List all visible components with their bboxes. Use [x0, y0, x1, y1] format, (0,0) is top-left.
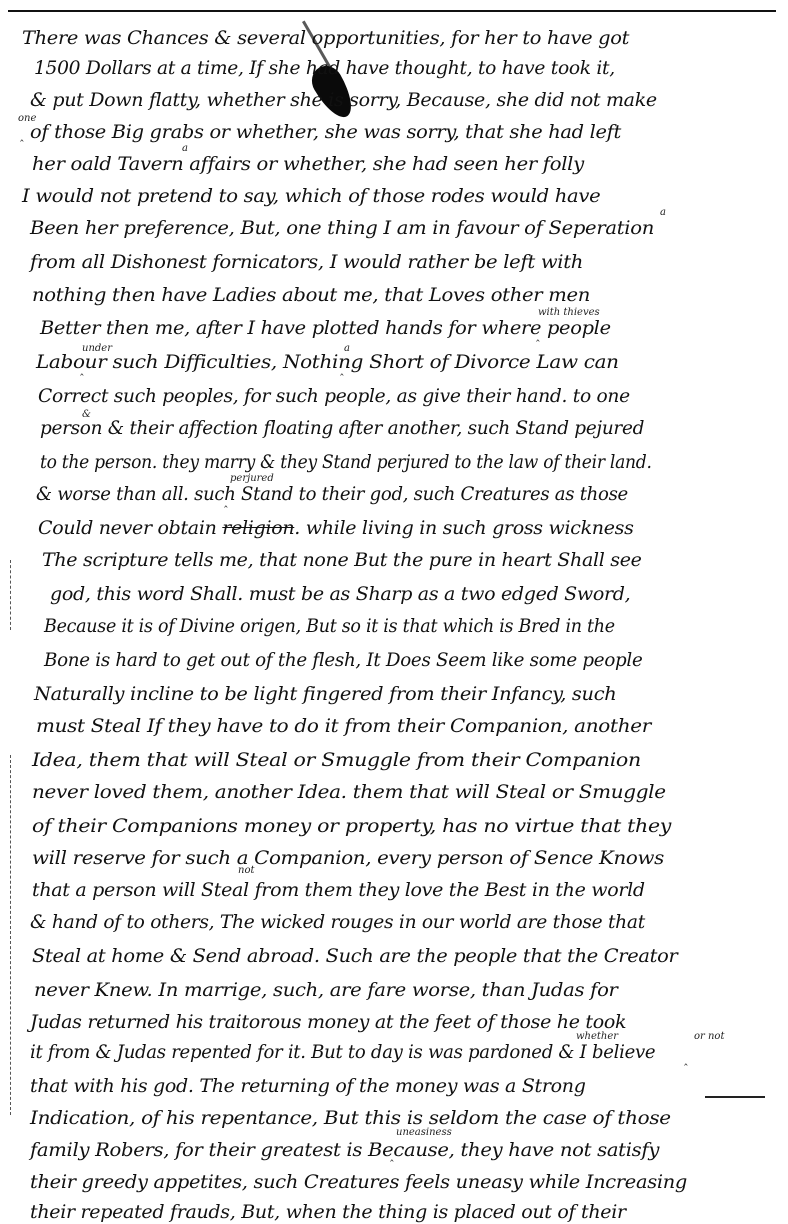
text-line: from all Dishonest fornicators, I would … [30, 250, 583, 274]
page-top-edge [8, 10, 776, 12]
text-line: The scripture tells me, that none But th… [42, 548, 642, 572]
text-segment: . while living in such gross wickness [294, 517, 633, 539]
text-line: family Robers, for their greatest is Bec… [30, 1138, 659, 1162]
insertion-caret-icon: ‸ [390, 1150, 394, 1161]
text-line: Steal at home & Send abroad. Such are th… [32, 944, 677, 968]
text-line: must Steal If they have to do it from th… [36, 714, 651, 738]
insertion-caret-icon: ‸ [224, 496, 228, 507]
text-line: to the person. they marry & they Stand p… [40, 450, 652, 474]
margin-rule-line [10, 755, 12, 1115]
margin-bracket [10, 560, 12, 630]
text-line: never Knew. In marrige, such, are fare w… [34, 978, 618, 1002]
interlinear-insertion: one [18, 114, 36, 124]
text-line: 1500 Dollars at a time, If she had have … [34, 56, 615, 80]
text-line: their greedy appetites, such Creatures f… [30, 1170, 687, 1194]
text-line: Naturally incline to be light fingered f… [34, 682, 616, 706]
interlinear-insertion: a [344, 344, 350, 354]
interlinear-insertion: & [82, 410, 91, 420]
text-line: Could never obtain religion. while livin… [38, 516, 634, 540]
text-line: & hand of to others, The wicked rouges i… [30, 910, 645, 934]
text-line: god, this word Shall. must be as Sharp a… [50, 582, 630, 606]
text-line: it from & Judas repented for it. But to … [30, 1040, 655, 1064]
text-line: that with his god. The returning of the … [30, 1074, 586, 1098]
text-line: their repeated frauds, But, when the thi… [30, 1200, 626, 1224]
text-line: & put Down flatty, whether she is sorry,… [30, 88, 657, 112]
interlinear-insertion: whether [576, 1032, 618, 1042]
text-line: Better then me, after I have plotted han… [40, 316, 611, 340]
text-line: Indication, of his repentance, But this … [30, 1106, 671, 1130]
text-line: Idea, them that will Steal or Smuggle fr… [32, 748, 641, 772]
text-line: Correct such peoples, for such people, a… [38, 384, 630, 408]
text-line: person & their affection floating after … [40, 416, 644, 440]
text-line: that a person will Steal from them they … [32, 878, 645, 902]
interlinear-insertion: not [238, 866, 254, 876]
text-line: will reserve for such a Companion, every… [32, 846, 664, 870]
text-segment: Could never obtain [38, 517, 222, 539]
interlinear-insertion: under [82, 344, 112, 354]
text-line: Labour such Difficulties, Nothing Short … [36, 350, 619, 374]
text-line: nothing then have Ladies about me, that … [32, 283, 590, 307]
text-line: There was Chances & several opportunitie… [22, 26, 629, 50]
insertion-caret-icon: ‸ [340, 364, 344, 375]
text-line: Because it is of Divine origen, But so i… [44, 614, 615, 638]
interlinear-insertion: a [660, 208, 666, 218]
manuscript-page: There was Chances & several opportunitie… [0, 0, 788, 1224]
text-line: of their Companions money or property, h… [32, 814, 671, 838]
text-line: of those Big grabs or whether, she was s… [30, 120, 621, 144]
text-line: Bone is hard to get out of the flesh, It… [44, 648, 642, 672]
interlinear-insertion: or not [694, 1032, 724, 1042]
text-line: her oald Tavern affairs or whether, she … [32, 152, 584, 176]
text-line: I would not pretend to say, which of tho… [22, 184, 600, 208]
struck-word: religion [222, 517, 294, 539]
interlinear-insertion: a [182, 144, 188, 154]
interlinear-insertion: uneasiness [396, 1128, 452, 1138]
insertion-caret-icon: ‸ [684, 1054, 688, 1065]
text-line: Judas returned his traitorous money at t… [30, 1010, 626, 1034]
text-line: never loved them, another Idea. them tha… [32, 780, 666, 804]
insertion-caret-icon: ‸ [536, 330, 540, 341]
text-line: & worse than all. such Stand to their go… [36, 482, 628, 506]
line-filler-dash [705, 1096, 765, 1098]
insertion-caret-icon: ‸ [80, 364, 84, 375]
interlinear-insertion: with thieves [538, 308, 600, 318]
interlinear-insertion: perjured [230, 474, 274, 484]
insertion-caret-icon: ‸ [20, 130, 24, 141]
text-line: Been her preference, But, one thing I am… [30, 216, 654, 240]
